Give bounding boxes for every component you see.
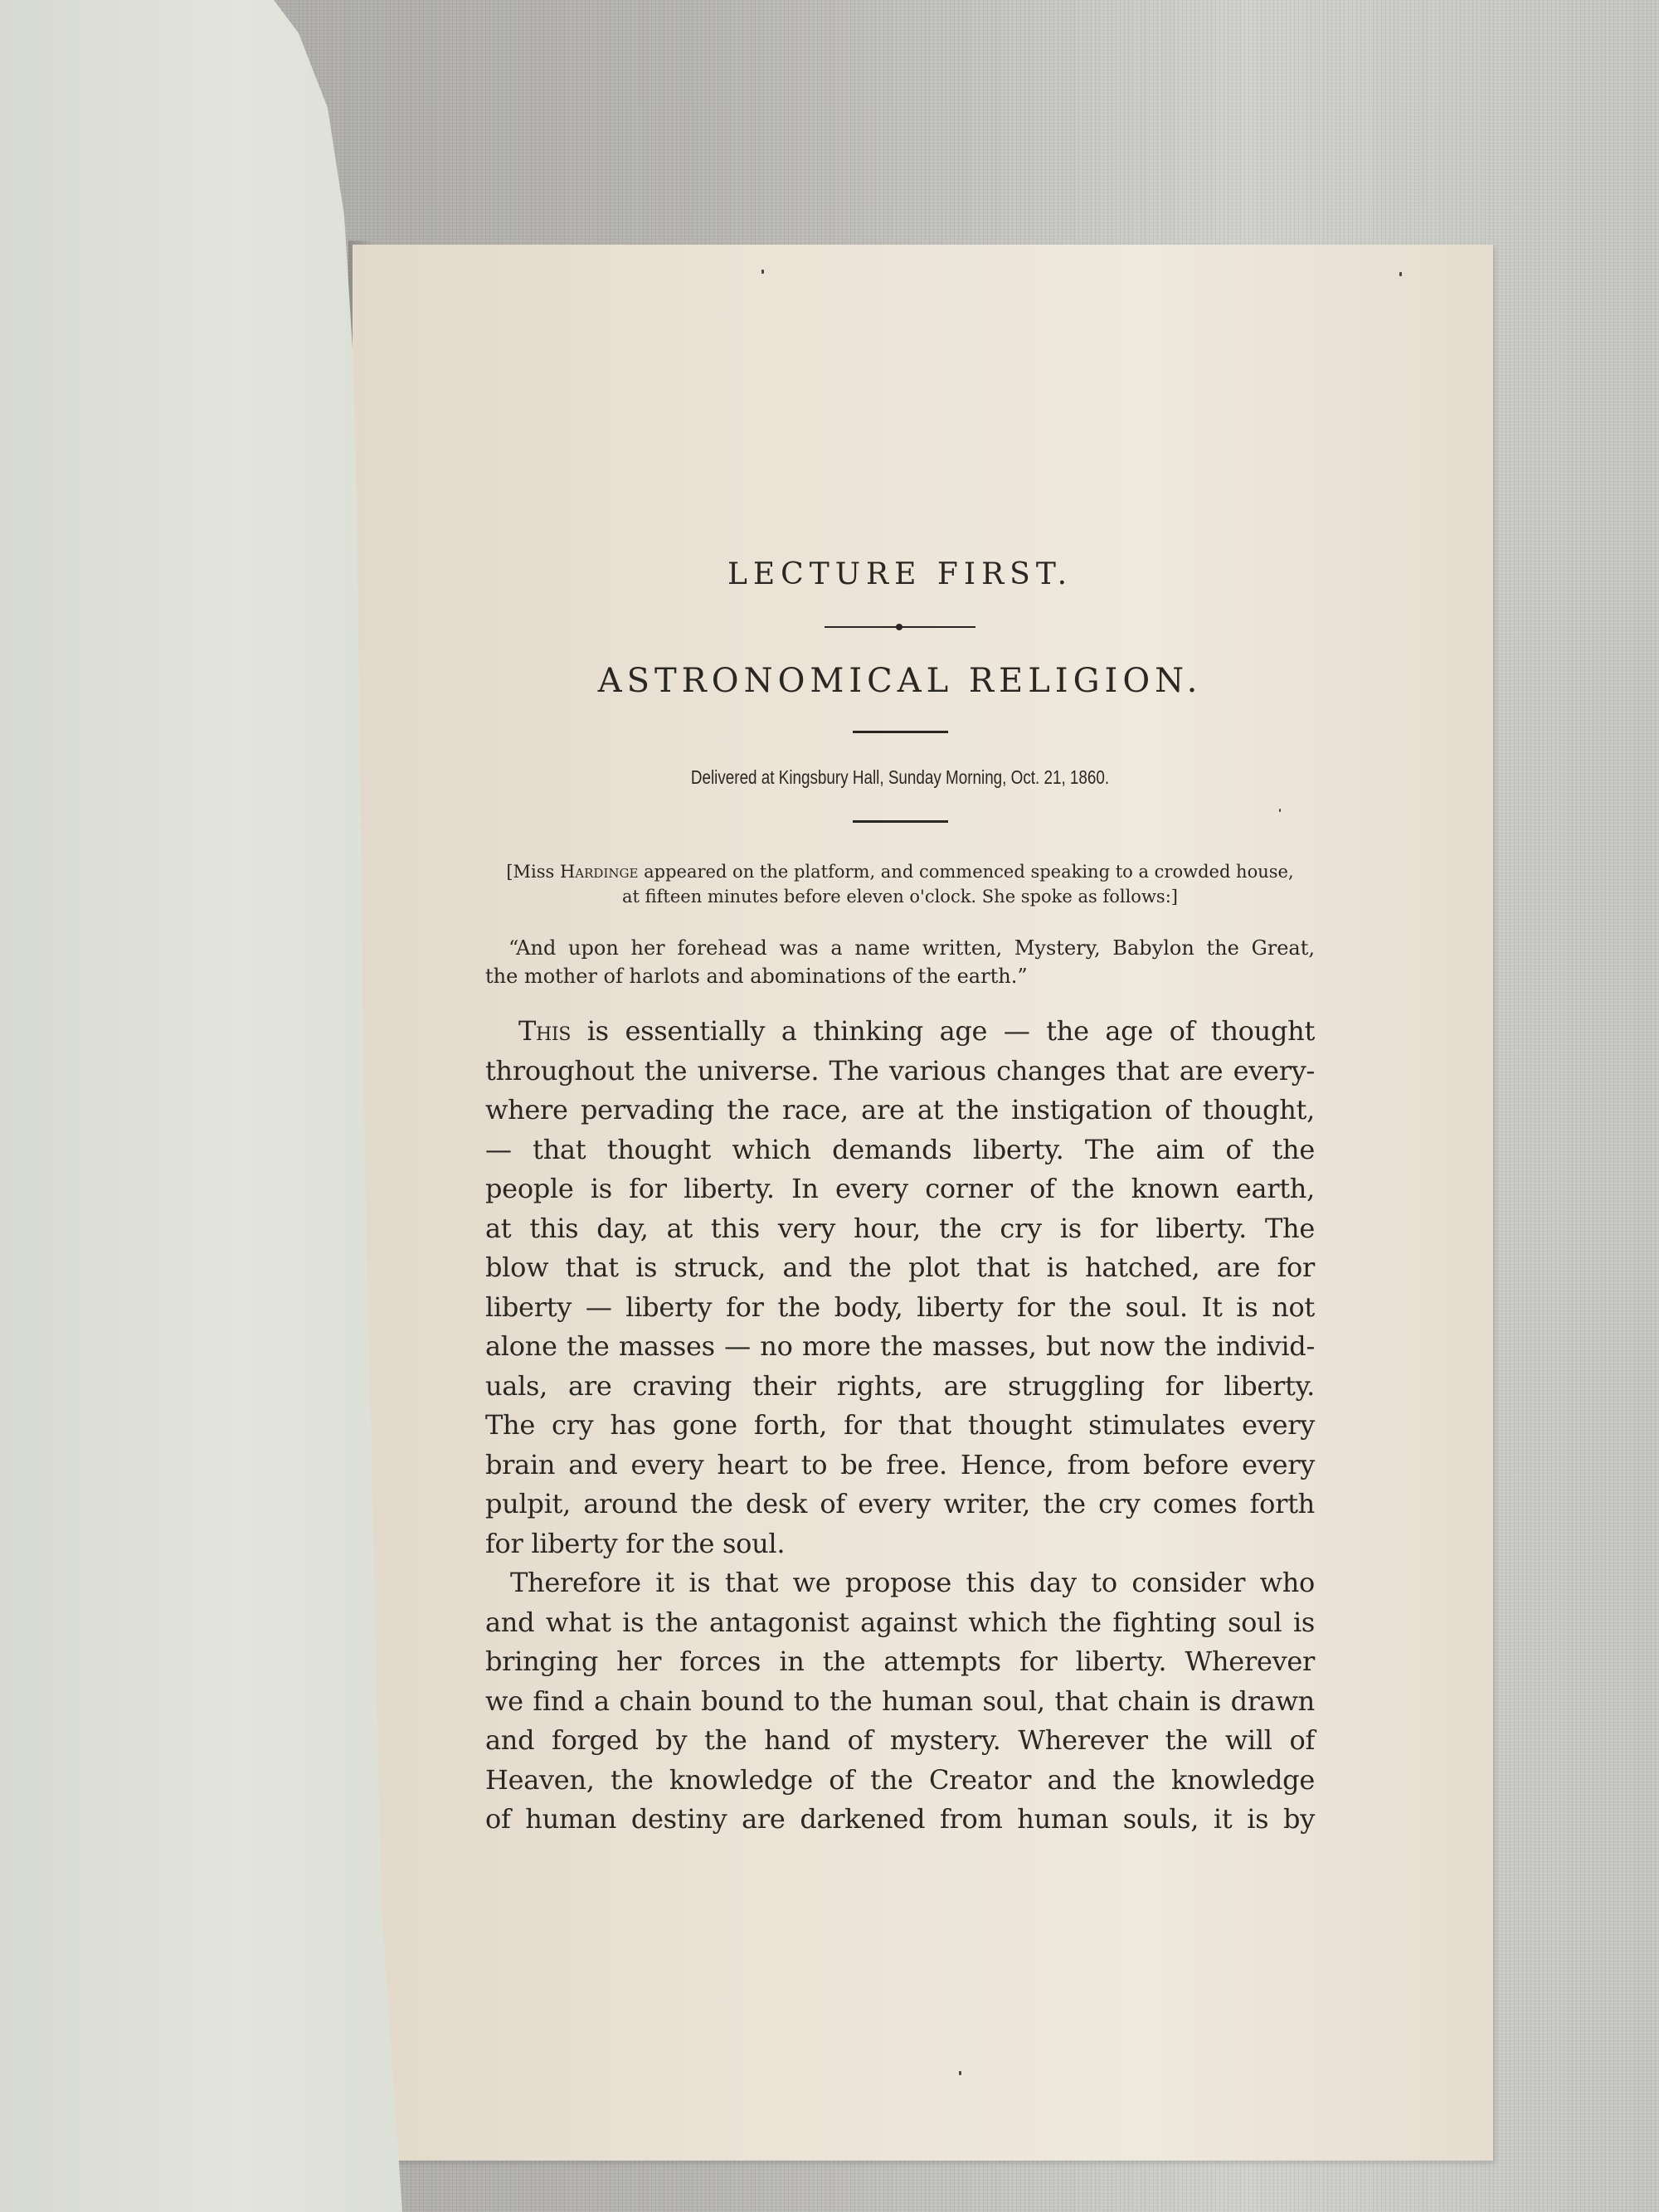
ink-speck (959, 2071, 961, 2075)
book-page: LECTURE FIRST. ASTRONOMICAL RELIGION. De… (353, 245, 1493, 2161)
ink-speck (1399, 272, 1402, 276)
epigraph-line: “And upon her forehead was a name writte… (485, 934, 1315, 962)
text-line: alone the masses — no more the masses, b… (485, 1327, 1315, 1367)
text-line: and what is the antagonist against which… (485, 1603, 1315, 1643)
text-line: we find a chain bound to the human soul,… (485, 1682, 1315, 1722)
page-text: LECTURE FIRST. ASTRONOMICAL RELIGION. De… (485, 560, 1315, 1840)
speaker-name: Hardinge (560, 862, 638, 882)
text-line: brain and every heart to be free. Hence,… (485, 1446, 1315, 1485)
delivery-line: Delivered at Kingsbury Hall, Sunday Morn… (560, 768, 1240, 787)
text-line: Heaven, the knowledge of the Creator and… (485, 1761, 1315, 1801)
ink-speck (761, 270, 764, 274)
lecture-title: ASTRONOMICAL RELIGION. (485, 664, 1315, 698)
text-line: The cry has gone forth, for that thought… (485, 1406, 1315, 1446)
stage-note-open: [Miss (506, 862, 560, 882)
text-line: throughout the universe. The various cha… (485, 1052, 1315, 1091)
stage-note-line1: appeared on the platform, and commenced … (638, 862, 1293, 882)
text-line: people is for liberty. In every corner o… (485, 1169, 1315, 1209)
body-paragraph: Therefore it is that we propose this day… (485, 1563, 1315, 1840)
text-line: liberty — liberty for the body, liberty … (485, 1288, 1315, 1328)
text-segment: is essentially a thinking age — the age … (571, 1015, 1315, 1047)
lecture-number-heading: LECTURE FIRST. (485, 560, 1315, 590)
text-line: for liberty for the soul. (485, 1524, 1315, 1564)
text-line: uals, are craving their rights, are stru… (485, 1367, 1315, 1407)
text-line: at this day, at this very hour, the cry … (485, 1209, 1315, 1249)
text-line: bringing her forces in the attempts for … (485, 1642, 1315, 1682)
ornamental-rule (825, 623, 975, 631)
text-line: and forged by the hand of mystery. Where… (485, 1721, 1315, 1761)
body-paragraph: This is essentially a thinking age — the… (485, 1012, 1315, 1563)
text-line: Therefore it is that we propose this day… (485, 1563, 1315, 1603)
text-line: where pervading the race, are at the ins… (485, 1091, 1315, 1130)
stage-note-line2: at fifteen minutes before eleven o'clock… (622, 887, 1178, 907)
epigraph-line: the mother of harlots and abominations o… (485, 962, 1315, 990)
epigraph-quote: “And upon her forehead was a name writte… (485, 934, 1315, 990)
flyleaf-page (0, 0, 406, 2212)
lead-word: This (518, 1015, 571, 1047)
text-line: — that thought which demands liberty. Th… (485, 1130, 1315, 1170)
delivery-rule (853, 820, 948, 823)
title-rule (853, 731, 948, 733)
text-line: This is essentially a thinking age — the… (485, 1012, 1315, 1052)
text-line: blow that is struck, and the plot that i… (485, 1248, 1315, 1288)
stage-note: [Miss Hardinge appeared on the platform,… (485, 859, 1315, 909)
text-line: of human destiny are darkened from human… (485, 1800, 1315, 1840)
text-line: pulpit, around the desk of every writer,… (485, 1485, 1315, 1524)
